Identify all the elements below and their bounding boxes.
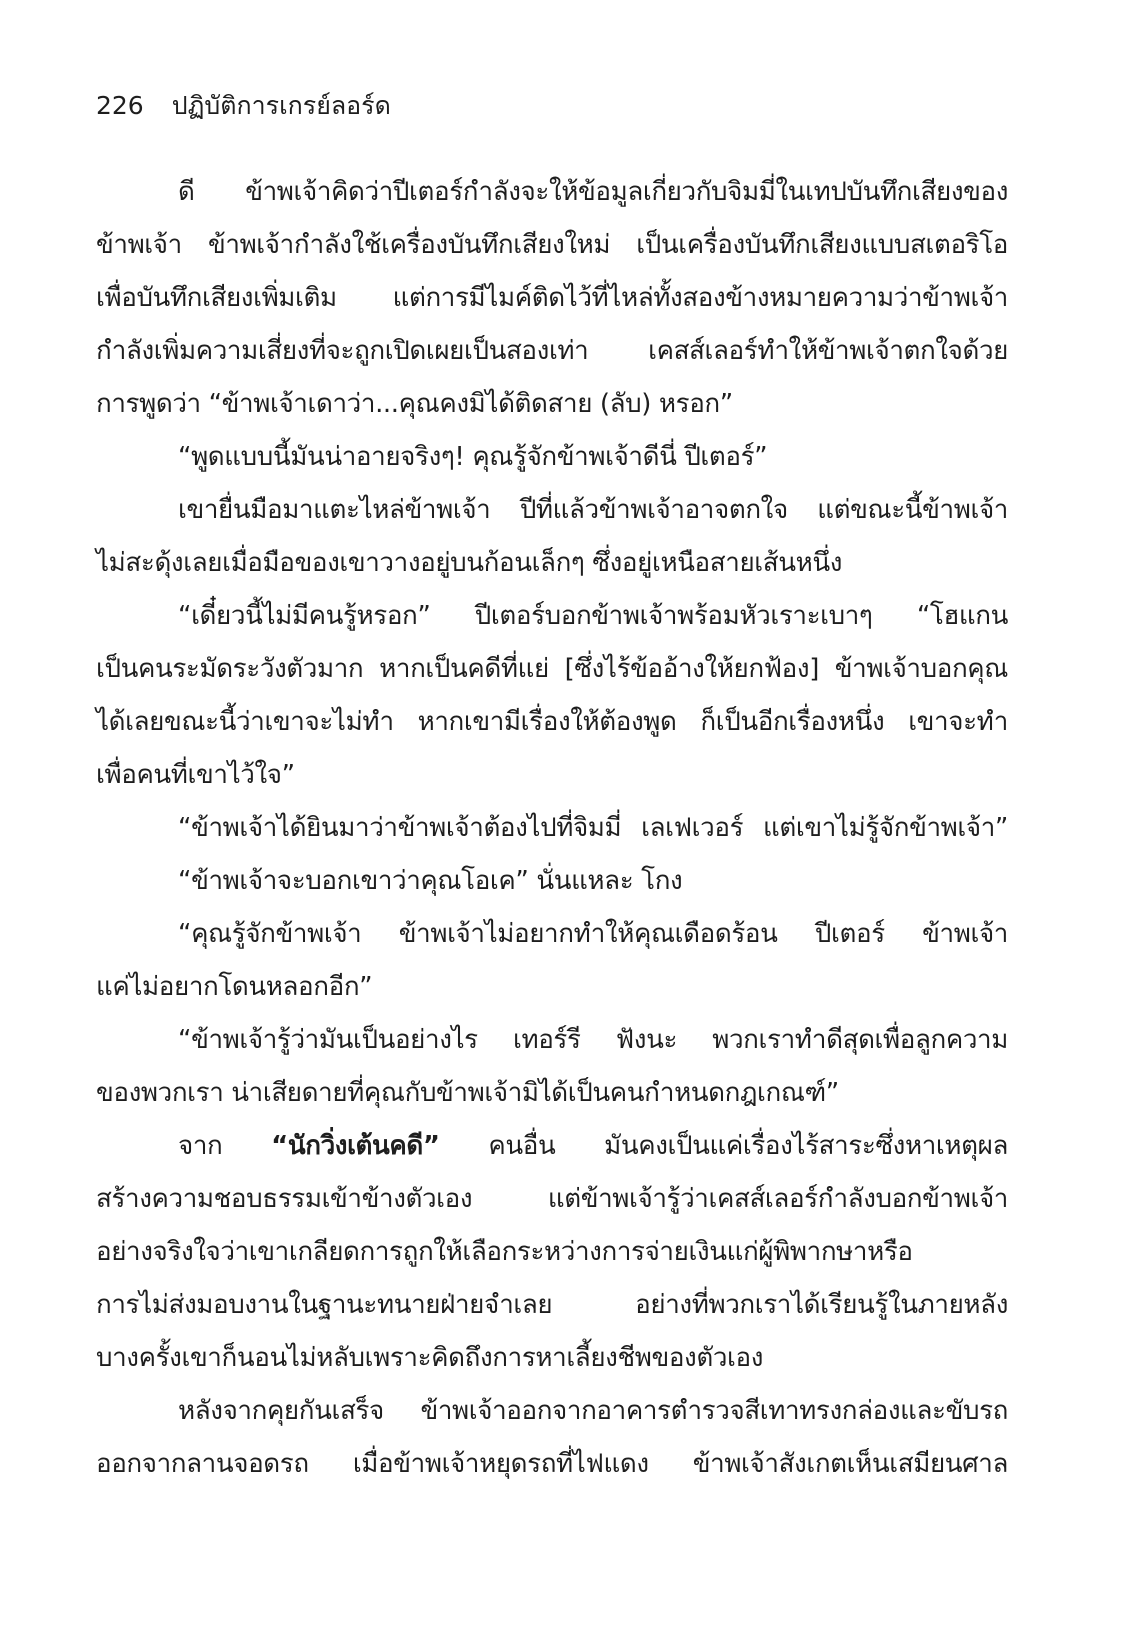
- text-line: ข้าพเจ้า ข้าพเจ้ากำลังใช้เครื่องบันทึกเส…: [96, 223, 1008, 267]
- text-line: เป็นคนระมัดระวังตัวมาก หากเป็นคดีที่แย่ …: [96, 647, 1008, 691]
- page-number: 226: [96, 91, 144, 120]
- text-line: “ข้าพเจ้าจะบอกเขาว่าคุณโอเค” นั่นแหละ โก…: [178, 859, 1008, 903]
- text-line: ได้เลยขณะนี้ว่าเขาจะไม่ทำ หากเขามีเรื่อง…: [96, 700, 1008, 744]
- text-line: การไม่ส่งมอบงานในฐานะทนายฝ่ายจำเลย อย่าง…: [96, 1283, 1008, 1327]
- running-title: ปฏิบัติการเกรย์ลอร์ด: [172, 86, 391, 126]
- text-line: อย่างจริงใจว่าเขาเกลียดการถูกให้เลือกระห…: [96, 1230, 1008, 1274]
- text-line: แค่ไม่อยากโดนหลอกอีก”: [96, 965, 1008, 1009]
- text-line: หลังจากคุยกันเสร็จ ข้าพเจ้าออกจากอาคารตำ…: [178, 1389, 1008, 1433]
- text-line: เขายื่นมือมาแตะไหล่ข้าพเจ้า ปีที่แล้วข้า…: [178, 488, 1008, 532]
- text-line: “พูดแบบนี้มันน่าอายจริงๆ! คุณรู้จักข้าพเ…: [178, 435, 1008, 479]
- text-line: “คุณรู้จักข้าพเจ้า ข้าพเจ้าไม่อยากทำให้ค…: [178, 912, 1008, 956]
- text-line: เพื่อคนที่เขาไว้ใจ”: [96, 753, 1008, 797]
- running-header: 226 ปฏิบัติการเกรย์ลอร์ด: [96, 86, 391, 126]
- bold-term: “นักวิ่งเต้นคดี”: [271, 1131, 439, 1161]
- text-line: สร้างความชอบธรรมเข้าข้างตัวเอง แต่ข้าพเจ…: [96, 1177, 1008, 1221]
- text-line: ไม่สะดุ้งเลยเมื่อมือของเขาวางอยู่บนก้อนเ…: [96, 541, 1008, 585]
- text-line: เพื่อบันทึกเสียงเพิ่มเติม แต่การมีไมค์ติ…: [96, 276, 1008, 320]
- text-line: กำลังเพิ่มความเสี่ยงที่จะถูกเปิดเผยเป็นส…: [96, 329, 1008, 373]
- text-line: บางครั้งเขาก็นอนไม่หลับเพราะคิดถึงการหาเ…: [96, 1336, 1008, 1380]
- text-line: จาก “นักวิ่งเต้นคดี” คนอื่น มันคงเป็นแค่…: [178, 1124, 1008, 1168]
- text-line: ของพวกเรา น่าเสียดายที่คุณกับข้าพเจ้ามิไ…: [96, 1071, 1008, 1115]
- text-span: คนอื่น มันคงเป็นแค่เรื่องไร้สาระซึ่งหาเห…: [440, 1131, 1008, 1161]
- text-line: ออกจากลานจอดรถ เมื่อข้าพเจ้าหยุดรถที่ไฟแ…: [96, 1442, 1008, 1486]
- text-line: “เดี๋ยวนี้ไม่มีคนรู้หรอก” ปีเตอร์บอกข้าพ…: [178, 594, 1008, 638]
- text-line: “ข้าพเจ้ารู้ว่ามันเป็นอย่างไร เทอร์รี ฟั…: [178, 1018, 1008, 1062]
- text-line: การพูดว่า “ข้าพเจ้าเดาว่า...คุณคงมิได้ติ…: [96, 382, 1008, 426]
- text-span: จาก: [178, 1131, 271, 1161]
- text-line: ดี ข้าพเจ้าคิดว่าปีเตอร์กำลังจะให้ข้อมูล…: [178, 170, 1008, 214]
- text-line: “ข้าพเจ้าได้ยินมาว่าข้าพเจ้าต้องไปที่จิม…: [178, 806, 1008, 850]
